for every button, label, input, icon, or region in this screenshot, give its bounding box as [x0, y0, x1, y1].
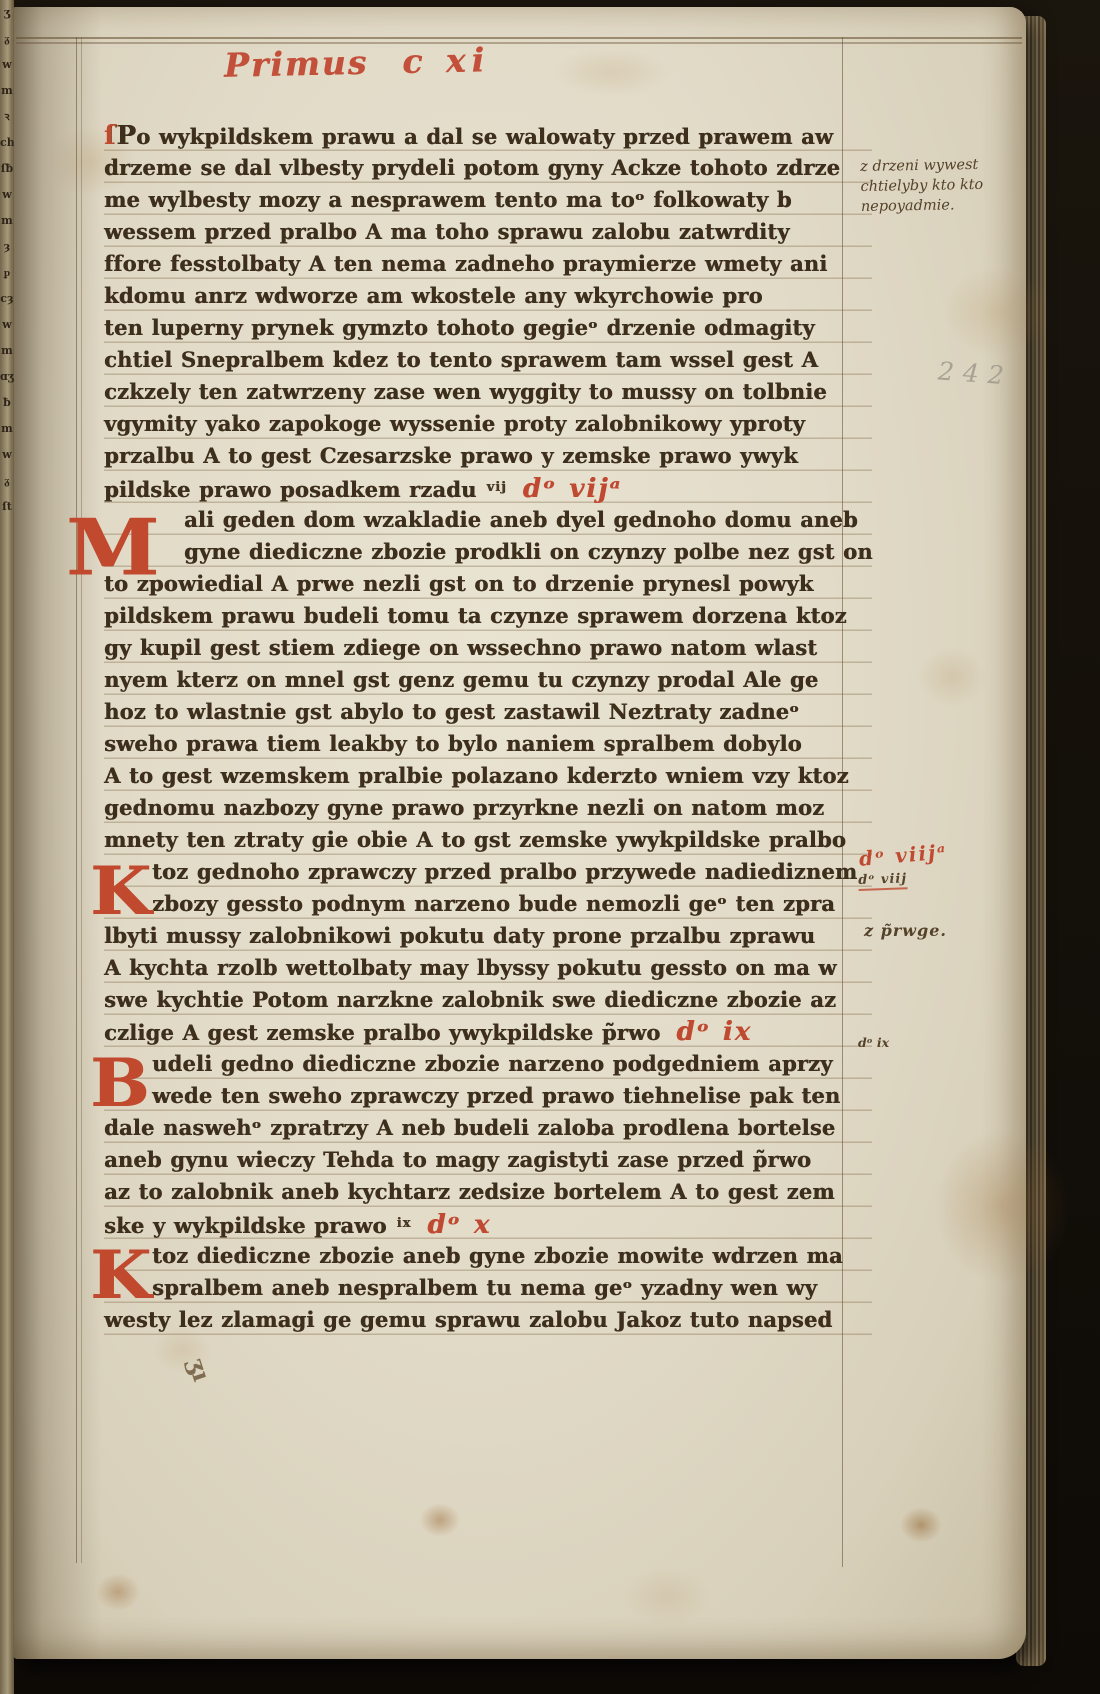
- paragraph: ſPo wykpildskem prawu a dal se walowaty …: [104, 120, 872, 504]
- text-line: ſPo wykpildskem prawu a dal se walowaty …: [104, 120, 872, 152]
- line-text: o wykpildskem prawu a dal se walowaty pr…: [136, 124, 833, 149]
- foxing-spot: [420, 1503, 460, 1537]
- lombard-initial-K: K: [90, 858, 151, 925]
- text-line: sweho prawa tiem leakby to bylo naniem s…: [104, 728, 872, 760]
- text-line: toz diediczne zbozie aneb gyne zbozie mo…: [104, 1240, 872, 1272]
- line-text: pildske prawo posadkem rzadu: [104, 477, 477, 502]
- running-title: Primusc xi: [224, 40, 491, 85]
- stain: [552, 47, 672, 97]
- text-line: vgymity yako zapokoge wyssenie proty zal…: [104, 408, 872, 440]
- text-line: dale naswehᵒ zpratrzy A neb budeli zalob…: [104, 1112, 872, 1144]
- text-line: czlige A gest zemske pralbo ywykpildske …: [104, 1016, 872, 1048]
- text-line: mnety ten ztraty gie obie A to gst zemsk…: [104, 824, 872, 856]
- chapter-ref-red: dᵒ ix: [676, 1017, 752, 1047]
- lombard-initial-M: M: [66, 509, 159, 586]
- text-line: kdomu anrz wdworze am wkostele any wkyrc…: [104, 280, 872, 312]
- text-line: czkzely ten zatwrzeny zase wen wyggity t…: [104, 376, 872, 408]
- stain: [932, 1127, 1072, 1287]
- text-block: ſPo wykpildskem prawu a dal se walowaty …: [104, 120, 872, 1336]
- foxing-spot: [900, 1507, 942, 1543]
- paragraph: B udeli gedno diediczne zbozie narzeno p…: [104, 1048, 872, 1240]
- margin-ref-do-viij-black: dᵒ viij: [858, 871, 907, 891]
- running-title-word: Primus: [224, 43, 369, 85]
- gutter-page-fragments: ʒ ᵹ w m ꝛ ch ſƀ w m ȝ ᵱ cȝ w m ɑʒ ƀ m w …: [0, 0, 14, 1694]
- frame-line-top-1: [16, 37, 1022, 39]
- text-line: ffore fesstolbaty A ten nema zadneho pra…: [104, 248, 872, 280]
- text-line: ali geden dom wzakladie aneb dyel gednoh…: [104, 504, 872, 536]
- text-line: toz gednoho zprawczy przed pralbo przywe…: [104, 856, 872, 888]
- text-line: przalbu A to gest Czesarzske prawo y zem…: [104, 440, 872, 472]
- pen-trial-mark: ʒı: [182, 1354, 217, 1385]
- text-line: gednomu nazbozy gyne prawo przyrkne nezl…: [104, 792, 872, 824]
- gutter-shadow: [12, 7, 102, 1659]
- text-line: az to zalobnik aneb kychtarz zedsize bor…: [104, 1176, 872, 1208]
- frame-line-left-2: [81, 37, 82, 1563]
- margin-note-cursive: z drzeni wywest chtielyby kto kto nepoya…: [860, 154, 1021, 217]
- parchment-page: Primusc xi 242 ſPo wykpildskem prawu a d…: [12, 7, 1026, 1659]
- text-line: zbozy gessto podnym narzeno bude nemozli…: [104, 888, 872, 920]
- stain: [917, 647, 987, 707]
- text-line: lbyti mussy zalobnikowi pokutu daty pron…: [104, 920, 872, 952]
- manuscript-photo: Primusc xi 242 ſPo wykpildskem prawu a d…: [0, 0, 1100, 1694]
- chapter-ref-black: ix: [397, 1216, 412, 1231]
- text-line: wessem przed pralbo A ma toho sprawu zal…: [104, 216, 872, 248]
- stain: [622, 1567, 712, 1627]
- text-line: pildske prawo posadkem rzaduvijdᵒ vijᵃ: [104, 472, 872, 504]
- foxing-spot: [96, 1573, 140, 1611]
- text-line: A to gest wzemskem pralbie polazano kder…: [104, 760, 872, 792]
- paragraph: K toz diediczne zbozie aneb gyne zbozie …: [104, 1240, 872, 1336]
- chapter-ref-red: dᵒ x: [427, 1210, 491, 1240]
- text-line: aneb gynu wieczy Tehda to magy zagistyti…: [104, 1144, 872, 1176]
- text-line: chtiel Snepralbem kdez to tento sprawem …: [104, 344, 872, 376]
- lombard-initial-K: K: [90, 1242, 151, 1309]
- paragraph: M ali geden dom wzakladie aneb dyel gedn…: [104, 504, 872, 856]
- text-line: udeli gedno diediczne zbozie narzeno pod…: [104, 1048, 872, 1080]
- frame-line-top-2: [16, 42, 1022, 44]
- text-line: wede ten sweho zprawczy przed prawo tieh…: [104, 1080, 872, 1112]
- text-line: me wylbesty mozy a nesprawem tento ma to…: [104, 184, 872, 216]
- paragraph: K toz gednoho zprawczy przed pralbo przy…: [104, 856, 872, 1048]
- text-line: nyem kterz on mnel gst genz gemu tu czyn…: [104, 664, 872, 696]
- text-line: westy lez zlamagi ge gemu sprawu zalobu …: [104, 1304, 872, 1336]
- paragraph-initial: P: [116, 121, 136, 151]
- text-line: drzeme se dal vlbesty prydeli potom gyny…: [104, 152, 872, 184]
- text-line: swe kychtie Potom narzkne zalobnik swe d…: [104, 984, 872, 1016]
- text-line: A kychta rzolb wettolbaty may lbyssy pok…: [104, 952, 872, 984]
- folio-number: 242: [937, 356, 1014, 390]
- chapter-number: c xi: [402, 40, 491, 81]
- margin-ref-do-ix: dᵒ ix: [858, 1035, 889, 1050]
- line-text: czlige A gest zemske pralbo ywykpildske …: [104, 1020, 660, 1045]
- chapter-ref-black: vij: [487, 480, 507, 495]
- margin-note-z-prwge: z p̃rwge.: [864, 921, 947, 940]
- text-line: to zpowiedial A prwe nezli gst on to drz…: [104, 568, 872, 600]
- text-line: ske y wykpildske prawoixdᵒ x: [104, 1208, 872, 1240]
- text-line: pildskem prawu budeli tomu ta czynze spr…: [104, 600, 872, 632]
- text-line: hoz to wlastnie gst abylo to gest zastaw…: [104, 696, 872, 728]
- frame-line-left-1: [76, 37, 77, 1563]
- text-line: ten luperny prynek gymzto tohoto gegieᵒ …: [104, 312, 872, 344]
- lombard-initial-B: B: [90, 1050, 149, 1117]
- text-line: spralbem aneb nespralbem tu nema geᵒ yza…: [104, 1272, 872, 1304]
- text-line: gy kupil gest stiem zdiege on wssechno p…: [104, 632, 872, 664]
- chapter-ref-red: dᵒ vijᵃ: [523, 474, 622, 504]
- initial-red-stroke: ſ: [104, 121, 115, 151]
- text-line: gyne diediczne zbozie prodkli on czynzy …: [104, 536, 872, 568]
